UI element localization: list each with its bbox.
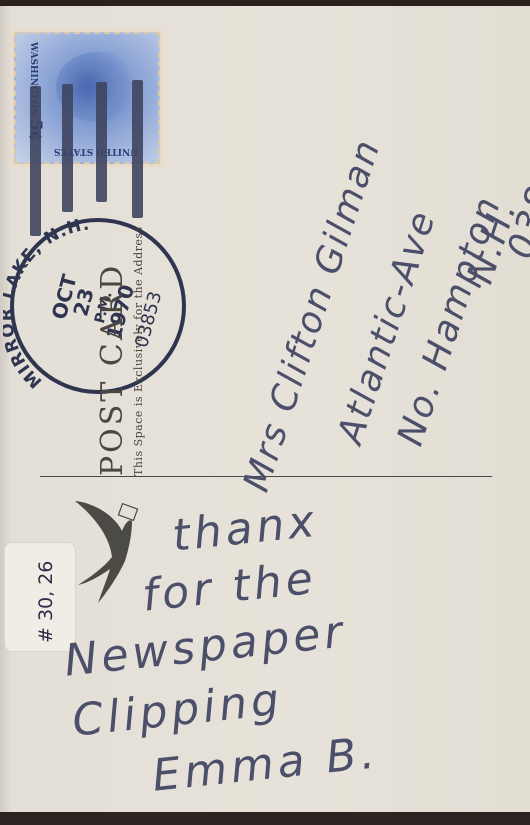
cancel-bar <box>96 82 107 202</box>
cancel-bar <box>132 80 143 218</box>
postcard-title: POST CARD <box>95 263 130 476</box>
message-line-1: thanx <box>170 496 321 562</box>
message-signature: Emma B. <box>150 727 381 801</box>
bottom-border <box>0 812 530 825</box>
swallow-icon <box>70 491 150 611</box>
printed-heading-block: POST CARD This Space is Exclusively for … <box>95 226 145 476</box>
message-line-4: Clipping <box>70 674 285 747</box>
cancel-bar <box>62 84 73 212</box>
postcard-back: WASHINGTON 5¢ UNITED STATES MIRROR LAKE,… <box>0 6 530 812</box>
address-space-note: This Space is Exclusively for the Addres… <box>132 226 145 476</box>
message-line-3: Newspaper <box>62 606 349 686</box>
catalog-number: # 30, 26 <box>35 561 57 643</box>
